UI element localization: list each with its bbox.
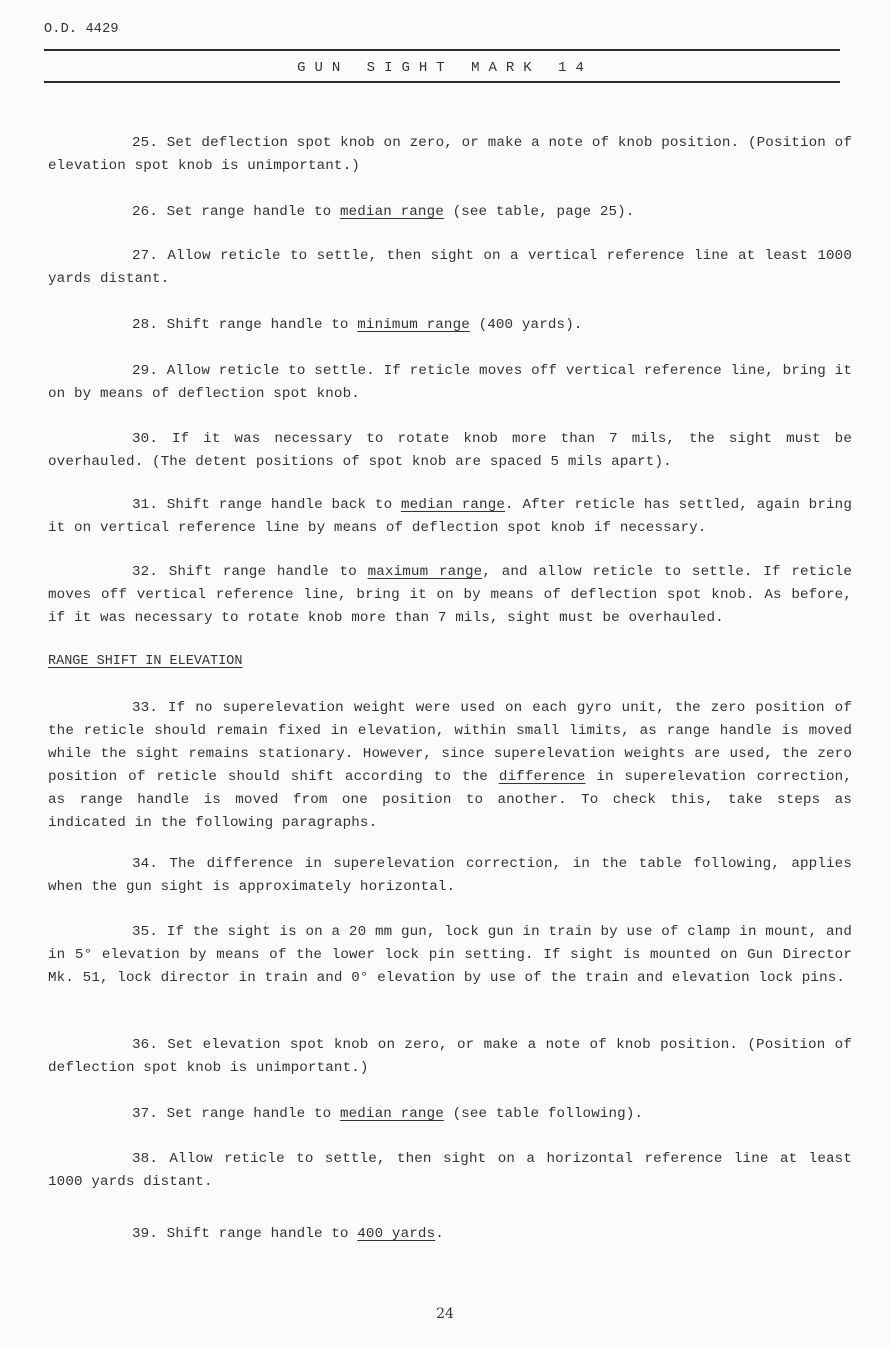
document-title: GUN SIGHT MARK 14 [0,60,890,76]
paragraph-27: 27. Allow reticle to settle, then sight … [48,245,852,291]
underlined-term: minimum range [357,317,470,333]
paragraph-number: 39. [132,1226,167,1242]
paragraph-text: Shift range handle back to [167,497,401,513]
paragraph-number: 36. [132,1037,167,1053]
paragraph-31: 31. Shift range handle back to median ra… [48,494,852,540]
paragraph-text: Set deflection spot knob on zero, or mak… [48,135,852,174]
paragraph-35: 35. If the sight is on a 20 mm gun, lock… [48,921,852,990]
paragraph-36: 36. Set elevation spot knob on zero, or … [48,1034,852,1080]
paragraph-text: (see table following). [444,1106,643,1122]
document-id: O.D. 4429 [44,22,119,37]
paragraph-text: Shift range handle to [169,564,368,580]
paragraph-number: 28. [132,317,167,333]
paragraph-number: 38. [132,1151,169,1167]
paragraph-text: Allow reticle to settle, then sight on a… [48,1151,852,1190]
paragraph-29: 29. Allow reticle to settle. If reticle … [48,360,852,406]
paragraph-number: 37. [132,1106,167,1122]
paragraph-33: 33. If no superelevation weight were use… [48,697,852,835]
underlined-term: median range [340,1106,444,1122]
paragraph-number: 33. [132,700,168,716]
paragraph-text: (see table, page 25). [444,204,635,220]
page-number: 24 [0,1306,890,1322]
paragraph-text: The difference in superelevation correct… [48,856,852,895]
paragraph-26: 26. Set range handle to median range (se… [48,201,852,224]
paragraph-34: 34. The difference in superelevation cor… [48,853,852,899]
paragraph-number: 35. [132,924,167,940]
paragraph-32: 32. Shift range handle to maximum range,… [48,561,852,630]
underlined-term: median range [340,204,444,220]
paragraph-25: 25. Set deflection spot knob on zero, or… [48,132,852,178]
header-rule-top [44,49,840,51]
paragraph-30: 30. If it was necessary to rotate knob m… [48,428,852,474]
paragraph-number: 26. [132,204,167,220]
paragraph-text: Set elevation spot knob on zero, or make… [48,1037,852,1076]
paragraph-text: (400 yards). [470,317,583,333]
paragraph-text: . [435,1226,444,1242]
paragraph-number: 30. [132,431,172,447]
paragraph-number: 27. [132,248,167,264]
paragraph-text: If the sight is on a 20 mm gun, lock gun… [48,924,852,986]
paragraph-text: Allow reticle to settle, then sight on a… [48,248,852,287]
underlined-term: median range [401,497,505,513]
section-heading: RANGE SHIFT IN ELEVATION [48,654,242,669]
underlined-term: maximum range [368,564,483,580]
paragraph-number: 32. [132,564,169,580]
paragraph-37: 37. Set range handle to median range (se… [48,1103,852,1126]
paragraph-39: 39. Shift range handle to 400 yards. [48,1223,852,1246]
paragraph-text: Allow reticle to settle. If reticle move… [48,363,852,402]
paragraph-text: Shift range handle to [167,317,358,333]
paragraph-text: Shift range handle to [167,1226,358,1242]
paragraph-number: 31. [132,497,167,513]
paragraph-number: 34. [132,856,169,872]
header-rule-bottom [44,81,840,83]
paragraph-number: 29. [132,363,167,379]
paragraph-38: 38. Allow reticle to settle, then sight … [48,1148,852,1194]
underlined-term: difference [499,769,586,785]
paragraph-text: Set range handle to [167,204,340,220]
paragraph-text: Set range handle to [167,1106,340,1122]
paragraph-number: 25. [132,135,167,151]
underlined-term: 400 yards [357,1226,435,1242]
paragraph-28: 28. Shift range handle to minimum range … [48,314,852,337]
